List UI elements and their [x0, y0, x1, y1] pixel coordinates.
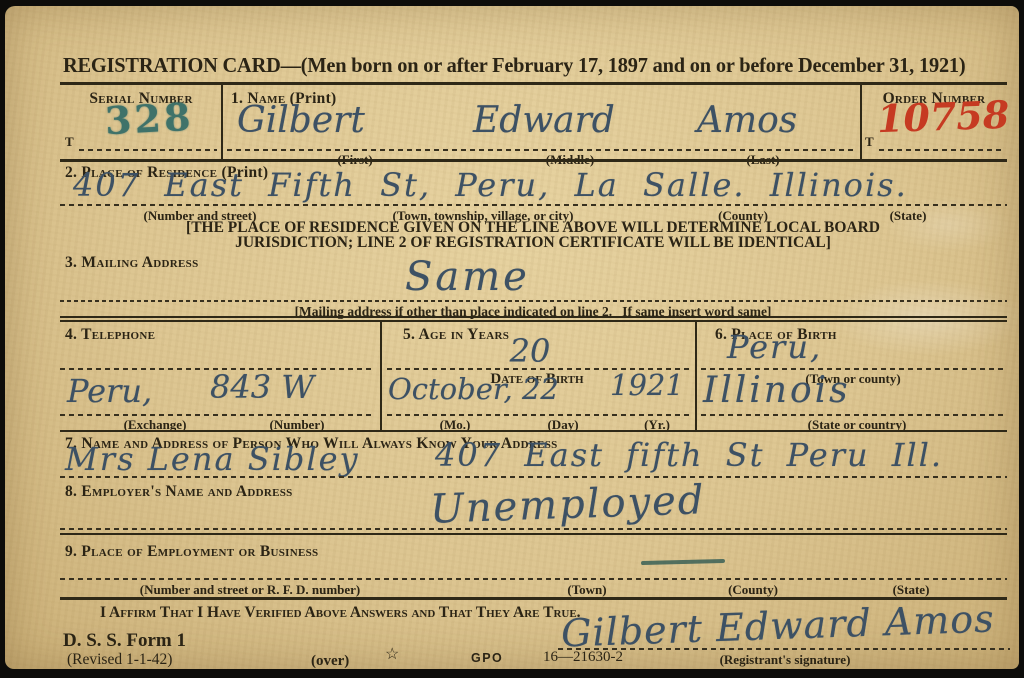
age-value: 20: [510, 332, 551, 370]
row1-bottom-rule: [60, 159, 1007, 162]
mailing-address-value: Same: [405, 254, 530, 300]
contact-address-value: 407 East fifth St Peru Ill.: [435, 436, 943, 474]
pen-mark: [641, 559, 725, 565]
serial-t-prefix: T: [65, 134, 74, 150]
name-first-value: Gilbert: [237, 100, 365, 141]
mailing-double-rule-top: [60, 316, 1007, 318]
registrant-signature-value: Gilbert Edward Amos: [560, 596, 995, 655]
card-title: REGISTRATION CARD—(Men born on or after …: [63, 53, 966, 78]
order-dotted-line: [879, 149, 1005, 151]
residence-value: 407 East Fifth St, Peru, La Salle. Illin…: [73, 166, 908, 204]
employment-sub-number: (Number and street or R. F. D. number): [140, 582, 361, 598]
over-note: (over): [311, 653, 349, 670]
signature-dotted-line: [558, 648, 1010, 650]
divider-telephone-age: [380, 321, 382, 431]
row456-bottom-rule: [60, 430, 1007, 432]
serial-number-stamp: 328: [104, 94, 195, 144]
name-dotted-line: [227, 149, 855, 151]
signature-sub-label: (Registrant's signature): [720, 652, 851, 668]
order-number-value: 10758: [876, 92, 1010, 142]
dob-month-day-value: October, 22: [388, 372, 559, 406]
contact-name-value: Mrs Lena Sibley: [65, 440, 360, 478]
employment-sub-town: (Town): [567, 582, 606, 598]
serial-dotted-line: [79, 149, 217, 151]
residence-sub-state: (State): [890, 208, 927, 224]
employer-label: 8. Employer's Name and Address: [65, 483, 293, 501]
contact-dotted-line: [60, 476, 1007, 478]
employment-sub-state: (State): [893, 582, 930, 598]
telephone-bottom-dotted: [60, 414, 375, 416]
gpo-label: GPO: [471, 651, 503, 665]
employer-value: Unemployed: [429, 477, 706, 533]
mailing-dotted-line: [60, 300, 1007, 302]
employer-dotted-line: [60, 528, 1007, 530]
birth-town-value: Peru,: [727, 328, 822, 366]
divider-name-order: [860, 85, 862, 159]
residence-dotted-line: [60, 204, 1007, 206]
form-number: D. S. S. Form 1: [63, 630, 186, 652]
telephone-number-value: 843 W: [210, 368, 314, 406]
dob-year-value: 1921: [610, 368, 684, 402]
mailing-double-rule-bottom: [60, 320, 1007, 322]
birth-bottom-dotted: [701, 414, 1007, 416]
age-label: 5. Age in Years: [403, 326, 509, 344]
telephone-label: 4. Telephone: [65, 326, 155, 344]
divider-age-birth: [695, 321, 697, 431]
affirmation-statement: I Affirm That I Have Verified Above Answ…: [100, 604, 581, 622]
mailing-sub-note: [Mailing address if other than place ind…: [295, 304, 772, 320]
divider-serial-name: [221, 85, 223, 159]
birth-state-value: Illinois: [703, 370, 851, 411]
telephone-exchange-value: Peru,: [67, 372, 152, 410]
employment-dotted-line: [60, 578, 1007, 580]
order-t-prefix: T: [865, 134, 874, 150]
registration-card: REGISTRATION CARD—(Men born on or after …: [5, 6, 1019, 669]
star-icon: ☆: [385, 644, 399, 664]
employment-label: 9. Place of Employment or Business: [65, 543, 318, 561]
age-bottom-dotted: [387, 414, 689, 416]
name-middle-value: Edward: [473, 100, 615, 141]
employer-bottom-rule: [60, 533, 1007, 535]
mailing-address-label: 3. Mailing Address: [65, 254, 199, 272]
jurisdiction-notice-line2: JURISDICTION; LINE 2 OF REGISTRATION CER…: [235, 234, 831, 252]
employment-bottom-rule: [60, 597, 1007, 600]
employment-sub-county: (County): [728, 582, 778, 598]
name-last-value: Amos: [697, 100, 797, 141]
form-revised: (Revised 1-1-42): [67, 651, 172, 669]
title-rule: [60, 82, 1007, 85]
